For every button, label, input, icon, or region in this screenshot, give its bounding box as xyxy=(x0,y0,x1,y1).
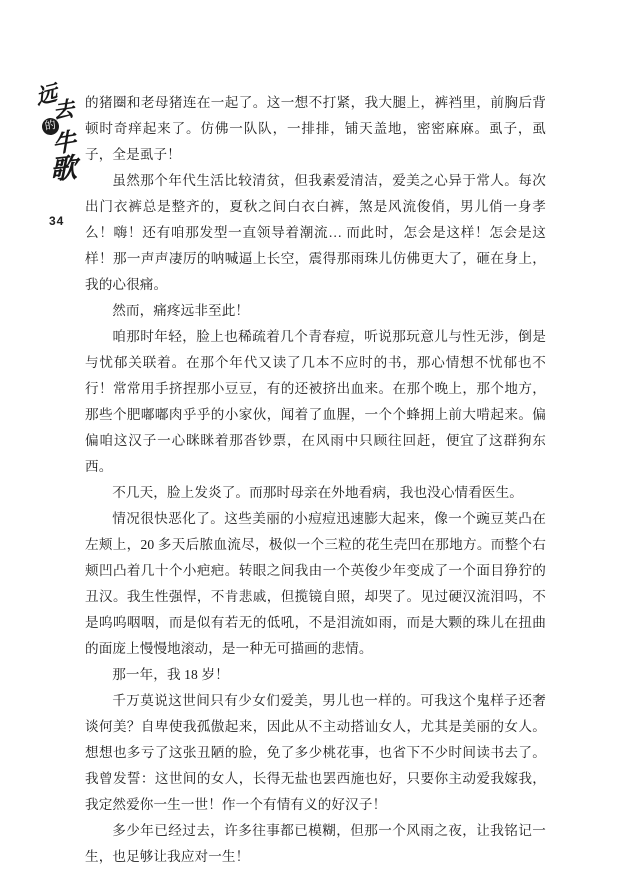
paragraph: 千万莫说这世间只有少女们爱美，男儿也一样的。可我这个鬼样子还奢谈何美？自卑使我孤… xyxy=(85,688,546,818)
paragraph: 的猪圈和老母猪连在一起了。这一想不打紧，我大腿上，裤裆里，前胸后背顿时奇痒起来了… xyxy=(85,90,546,168)
paragraph: 然而，痛疼远非至此！ xyxy=(85,298,546,324)
text-block: 的猪圈和老母猪连在一起了。这一想不打紧，我大腿上，裤裆里，前胸后背顿时奇痒起来了… xyxy=(85,90,546,870)
book-title-calligraphy: 远 去 的 牛 歌 xyxy=(34,82,90,207)
paragraph: 虽然那个年代生活比较清贫，但我素爱清洁，爱美之心异于常人。每次出门衣裤总是整齐的… xyxy=(85,168,546,298)
paragraph: 多少年已经过去，许多往事都已模糊，但那一个风雨之夜，让我铭记一生，也足够让我应对… xyxy=(85,818,546,870)
paragraph: 不几天，脸上发炎了。而那时母亲在外地看病，我也没心情看医生。 xyxy=(85,480,546,506)
book-page: 远 去 的 牛 歌 34 的猪圈和老母猪连在一起了。这一想不打紧，我大腿上，裤裆… xyxy=(0,0,634,891)
book-title-char: 歌 xyxy=(50,155,78,185)
book-title-char: 去 xyxy=(52,98,74,122)
paragraph: 咱那时年轻，脸上也稀疏着几个青春痘，听说那玩意儿与性无涉，倒是与忧郁关联着。在那… xyxy=(85,324,546,480)
paragraph: 情况很快恶化了。这些美丽的小痘痘迅速膨大起来，像一个豌豆荚凸在左颊上，20 多天… xyxy=(85,506,546,662)
paragraph: 那一年，我 18 岁！ xyxy=(85,662,546,688)
page-number: 34 xyxy=(49,214,64,228)
